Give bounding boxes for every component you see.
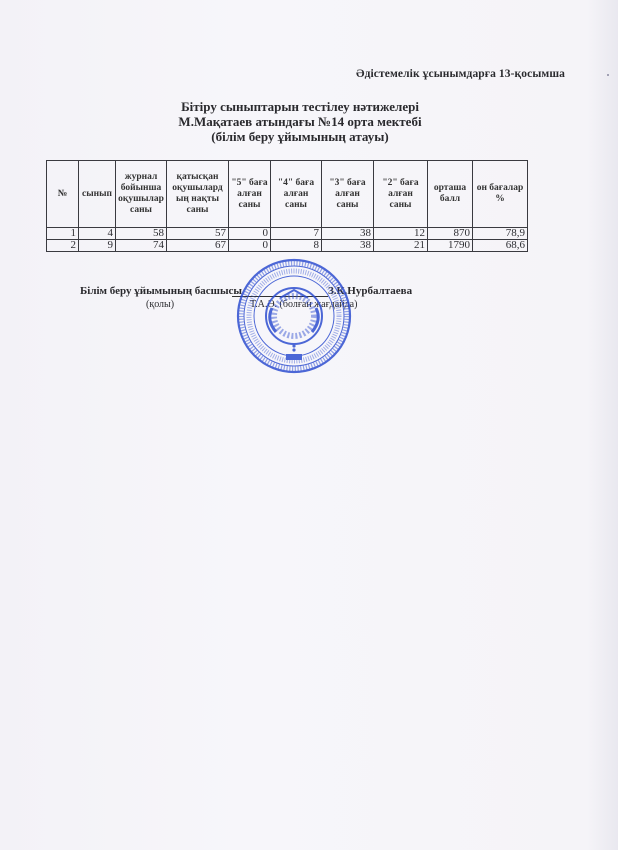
table-row: 297467083821179068,6 — [47, 240, 528, 252]
column-header: "2" баға алған саны — [374, 161, 428, 228]
appendix-note: Әдістемелік ұсынымдарға 13-қосымша — [356, 68, 565, 80]
table-cell: 67 — [167, 240, 229, 252]
table-cell: 38 — [322, 228, 374, 240]
column-header: орташа балл — [428, 161, 473, 228]
table-cell: 7 — [271, 228, 322, 240]
table-cell: 68,6 — [473, 240, 528, 252]
table-cell: 38 — [322, 240, 374, 252]
table-cell: 57 — [167, 228, 229, 240]
column-header: журнал бойынша оқушылар саны — [116, 161, 167, 228]
official-stamp-icon — [236, 258, 352, 374]
table-cell: 1790 — [428, 240, 473, 252]
column-header: № — [47, 161, 79, 228]
table-cell: 1 — [47, 228, 79, 240]
table-cell: 870 — [428, 228, 473, 240]
table-cell: 74 — [116, 240, 167, 252]
results-table: №сыныпжурнал бойынша оқушылар санықатысқ… — [46, 160, 528, 252]
table-cell: 2 — [47, 240, 79, 252]
table-cell: 0 — [229, 240, 271, 252]
column-header: қатысқан оқушылард ың нақты саны — [167, 161, 229, 228]
school-name: М.Мақатаев атындағы №14 орта мектебі — [140, 114, 460, 129]
table-cell: 0 — [229, 228, 271, 240]
table-cell: 9 — [79, 240, 116, 252]
column-header: сынып — [79, 161, 116, 228]
signature-caption: (қолы) — [146, 299, 174, 310]
column-header: он бағалар % — [473, 161, 528, 228]
table-row: 14585707381287078,9 — [47, 228, 528, 240]
table-header-row: №сыныпжурнал бойынша оқушылар санықатысқ… — [47, 161, 528, 228]
document-title: Бітіру сыныптарын тестілеу нәтижелері — [140, 99, 460, 114]
head-of-organization-label: Білім беру ұйымының басшысы — [80, 285, 242, 297]
table-cell: 8 — [271, 240, 322, 252]
table-cell: 12 — [374, 228, 428, 240]
column-header: "3" баға алған саны — [322, 161, 374, 228]
table-cell: 4 — [79, 228, 116, 240]
table-cell: 58 — [116, 228, 167, 240]
table-cell: 21 — [374, 240, 428, 252]
column-header: "4" баға алған саны — [271, 161, 322, 228]
table-cell: 78,9 — [473, 228, 528, 240]
column-header: "5" баға алған саны — [229, 161, 271, 228]
organization-caption: (білім беру ұйымының атауы) — [140, 129, 460, 144]
scan-speck — [607, 74, 609, 76]
